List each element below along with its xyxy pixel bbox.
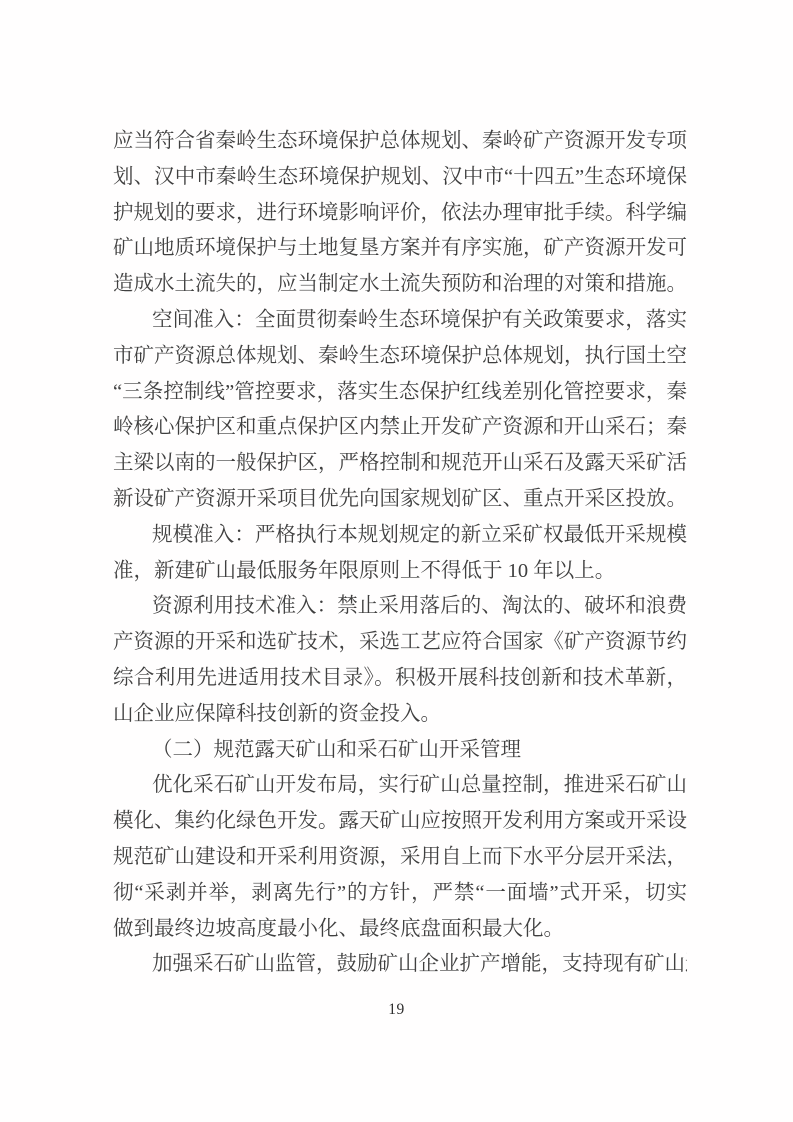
heading-section-two: （二）规范露天矿山和采石矿山开采管理 <box>113 733 687 769</box>
text-line: 划、汉中市秦岭生态环境保护规划、汉中市“十四五”生态环境保 <box>113 160 687 196</box>
text-line: “三条控制线”管控要求，落实生态保护红线差别化管控要求，秦 <box>113 375 687 411</box>
page-number: 19 <box>388 1001 405 1018</box>
text-line: 做到最终边坡高度最小化、最终底盘面积最大化。 <box>113 912 687 948</box>
text-line: 护规划的要求，进行环境影响评价，依法办理审批手续。科学编制 <box>113 196 687 232</box>
para-environment-compliance: 应当符合省秦岭生态环境保护总体规划、秦岭矿产资源开发专项规划、汉中市秦岭生态环境… <box>113 124 687 303</box>
para-quarry-development: 优化采石矿山开发布局，实行矿山总量控制，推进采石矿山规模化、集约化绿色开发。露天… <box>113 768 687 947</box>
text-line: 优化采石矿山开发布局，实行矿山总量控制，推进采石矿山规 <box>113 768 687 804</box>
para-spatial-access: 空间准入：全面贯彻秦岭生态环境保护有关政策要求，落实省市矿产资源总体规划、秦岭生… <box>113 303 687 518</box>
text-line: 主梁以南的一般保护区，严格控制和规范开山采石及露天采矿活动； <box>113 446 687 482</box>
text-line: 规模准入：严格执行本规划规定的新立采矿权最低开采规模标 <box>113 518 687 554</box>
text-line: 造成水土流失的，应当制定水土流失预防和治理的对策和措施。 <box>113 267 687 303</box>
text-line: 新设矿产资源开采项目优先向国家规划矿区、重点开采区投放。 <box>113 482 687 518</box>
text-line: 空间准入：全面贯彻秦岭生态环境保护有关政策要求，落实省 <box>113 303 687 339</box>
text-line: 规范矿山建设和开采利用资源，采用自上而下水平分层开采法，贯 <box>113 840 687 876</box>
para-quarry-supervision: 加强采石矿山监管，鼓励矿山企业扩产增能，支持现有矿山通 <box>113 947 687 983</box>
text-line: 岭核心保护区和重点保护区内禁止开发矿产资源和开山采石；秦岭 <box>113 410 687 446</box>
text-line: 准，新建矿山最低服务年限原则上不得低于 10 年以上。 <box>113 554 687 590</box>
document-page: 应当符合省秦岭生态环境保护总体规划、秦岭矿产资源开发专项规划、汉中市秦岭生态环境… <box>0 0 793 1122</box>
text-line: 市矿产资源总体规划、秦岭生态环境保护总体规划，执行国土空间 <box>113 339 687 375</box>
document-body: 应当符合省秦岭生态环境保护总体规划、秦岭矿产资源开发专项规划、汉中市秦岭生态环境… <box>113 124 687 983</box>
text-line: 资源利用技术准入：禁止采用落后的、淘汰的、破坏和浪费矿 <box>113 589 687 625</box>
text-line: 矿山地质环境保护与土地复垦方案并有序实施，矿产资源开发可能 <box>113 231 687 267</box>
text-line: 综合利用先进适用技术目录》。积极开展科技创新和技术革新，矿 <box>113 661 687 697</box>
text-line: 应当符合省秦岭生态环境保护总体规划、秦岭矿产资源开发专项规 <box>113 124 687 160</box>
text-line: 产资源的开采和选矿技术，采选工艺应符合国家《矿产资源节约与 <box>113 625 687 661</box>
para-resource-tech-access: 资源利用技术准入：禁止采用落后的、淘汰的、破坏和浪费矿产资源的开采和选矿技术，采… <box>113 589 687 732</box>
page-footer: 19 <box>0 1001 793 1019</box>
text-line: 彻“采剥并举，剥离先行”的方针，严禁“一面墙”式开采，切实 <box>113 876 687 912</box>
text-line: 山企业应保障科技创新的资金投入。 <box>113 697 687 733</box>
text-line: 加强采石矿山监管，鼓励矿山企业扩产增能，支持现有矿山通 <box>113 947 687 983</box>
para-scale-access: 规模准入：严格执行本规划规定的新立采矿权最低开采规模标准，新建矿山最低服务年限原… <box>113 518 687 590</box>
text-line: （二）规范露天矿山和采石矿山开采管理 <box>113 733 687 769</box>
text-line: 模化、集约化绿色开发。露天矿山应按照开发利用方案或开采设计 <box>113 804 687 840</box>
